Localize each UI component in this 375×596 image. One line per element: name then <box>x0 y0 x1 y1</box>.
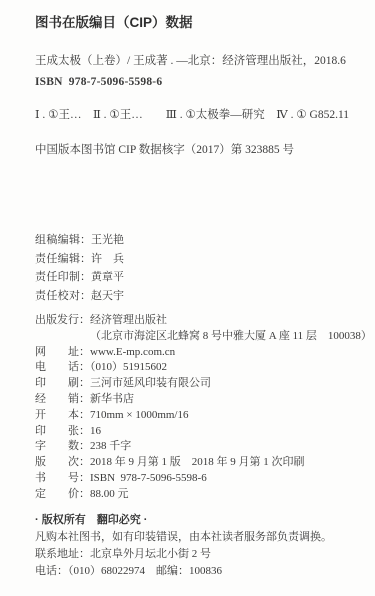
publication-row-edition: 版次：2018 年 9 月第 1 版 2018 年 9 月第 1 次印刷 <box>35 455 365 471</box>
colon-separator: ： <box>80 234 91 246</box>
publication-row-wordcount: 字数：238 千字 <box>35 439 365 455</box>
editor-name: 黄章平 <box>91 271 124 283</box>
publication-value: 16 <box>90 425 101 437</box>
publication-value: 2018 年 9 月第 1 版 2018 年 9 月第 1 次印刷 <box>90 456 305 468</box>
publication-value: 新华书店 <box>90 393 134 405</box>
publication-row-phone: 电话：（010）51915602 <box>35 360 365 376</box>
publication-label: 网址 <box>35 345 79 361</box>
publication-value: 710mm × 1000mm/16 <box>90 409 188 421</box>
publication-row-distributor: 经销：新华书店 <box>35 392 365 408</box>
colon-separator: ： <box>79 346 90 358</box>
editor-row-proofreading: 责任校对：赵天宇 <box>35 287 365 306</box>
publication-label: 电话 <box>35 360 79 376</box>
publication-label: 印刷 <box>35 376 79 392</box>
copyright-notice: · 版权所有 翻印必究 · <box>35 512 365 529</box>
publication-value: 238 千字 <box>90 440 131 452</box>
publisher-address-line: （北京市海淀区北蜂窝 8 号中雅大厦 A 座 11 层 100038） <box>35 329 365 345</box>
publication-value: 88.00 元 <box>90 488 129 500</box>
publication-label: 字数 <box>35 439 79 455</box>
publication-value: www.E-mp.com.cn <box>90 346 175 358</box>
colon-separator: ： <box>79 377 90 389</box>
publication-row-website: 网址：www.E-mp.com.cn <box>35 345 365 361</box>
copyright-footer-block: · 版权所有 翻印必究 · 凡购本社图书，如有印装错误，由本社读者服务部负责调换… <box>35 512 365 581</box>
colon-separator: ： <box>79 456 90 468</box>
publication-label: 开本 <box>35 408 79 424</box>
colon-separator: ： <box>79 425 90 437</box>
editor-name: 赵天宇 <box>91 290 124 302</box>
editor-role-label: 责任印制 <box>35 268 80 287</box>
publication-row-price: 定价：88.00 元 <box>35 487 365 503</box>
exchange-note: 凡购本社图书，如有印装错误，由本社读者服务部负责调换。 <box>35 529 365 546</box>
publisher-address: （北京市海淀区北蜂窝 8 号中雅大厦 A 座 11 层 100038） <box>90 330 372 342</box>
cip-record-number-line: 中国版本图书馆 CIP 数据核字（2017）第 323885 号 <box>35 143 365 157</box>
publication-row-sheets: 印张：16 <box>35 424 365 440</box>
editor-role-label: 组稿编辑 <box>35 231 80 250</box>
colon-separator: ： <box>79 488 90 500</box>
publication-label: 书号 <box>35 471 79 487</box>
colon-separator: ： <box>79 409 90 421</box>
colon-separator: ： <box>79 314 90 326</box>
cip-isbn-line: ISBN 978-7-5096-5598-6 <box>35 75 365 89</box>
publication-value: 经济管理出版社 <box>90 314 167 326</box>
colon-separator: ： <box>80 290 91 302</box>
publication-label: 版次 <box>35 455 79 471</box>
editor-name: 王光艳 <box>91 234 124 246</box>
publication-row-publisher: 出版发行：经济管理出版社 <box>35 313 365 329</box>
editor-role-label: 责任校对 <box>35 287 80 306</box>
colon-separator: ： <box>79 393 90 405</box>
editors-block: 组稿编辑：王光艳 责任编辑：许 兵 责任印制：黄章平 责任校对：赵天宇 <box>35 231 365 305</box>
editor-row-acquisitions: 组稿编辑：王光艳 <box>35 231 365 250</box>
publication-label: 经销 <box>35 392 79 408</box>
cip-heading: 图书在版编目（CIP）数据 <box>35 16 365 30</box>
publication-row-format: 开本：710mm × 1000mm/16 <box>35 408 365 424</box>
colon-separator: ： <box>80 271 91 283</box>
book-copyright-page: 图书在版编目（CIP）数据 王成太极（上卷）/ 王成著 . —北京：经济管理出版… <box>0 0 375 596</box>
publication-value: 三河市延风印装有限公司 <box>90 377 211 389</box>
publication-value: ISBN 978-7-5096-5598-6 <box>90 472 207 484</box>
publication-row-isbn: 书号：ISBN 978-7-5096-5598-6 <box>35 471 365 487</box>
colon-separator: ： <box>80 253 91 265</box>
editor-row-responsible: 责任编辑：许 兵 <box>35 250 365 269</box>
colon-separator: ： <box>79 361 90 373</box>
cip-classification-line: Ⅰ . ①王… Ⅱ . ①王… Ⅲ . ①太极拳—研究 Ⅳ . ① G852.1… <box>35 108 365 122</box>
publication-row-printer: 印刷：三河市延风印装有限公司 <box>35 376 365 392</box>
colon-separator: ： <box>79 472 90 484</box>
editor-name: 许 兵 <box>91 253 124 265</box>
contact-address: 联系地址：北京阜外月坛北小街 2 号 <box>35 546 365 563</box>
publication-label: 定价 <box>35 487 79 503</box>
editor-row-printing: 责任印制：黄章平 <box>35 268 365 287</box>
contact-phone: 电话：（010）68022974 邮编：100836 <box>35 563 365 580</box>
publication-label: 出版发行 <box>35 313 79 329</box>
publication-info-block: 出版发行：经济管理出版社 （北京市海淀区北蜂窝 8 号中雅大厦 A 座 11 层… <box>35 313 365 503</box>
cip-title-line: 王成太极（上卷）/ 王成著 . —北京：经济管理出版社，2018.6 <box>35 54 365 68</box>
editor-role-label: 责任编辑 <box>35 250 80 269</box>
publication-value: （010）51915602 <box>90 361 167 373</box>
publication-label: 印张 <box>35 424 79 440</box>
colon-separator: ： <box>79 440 90 452</box>
